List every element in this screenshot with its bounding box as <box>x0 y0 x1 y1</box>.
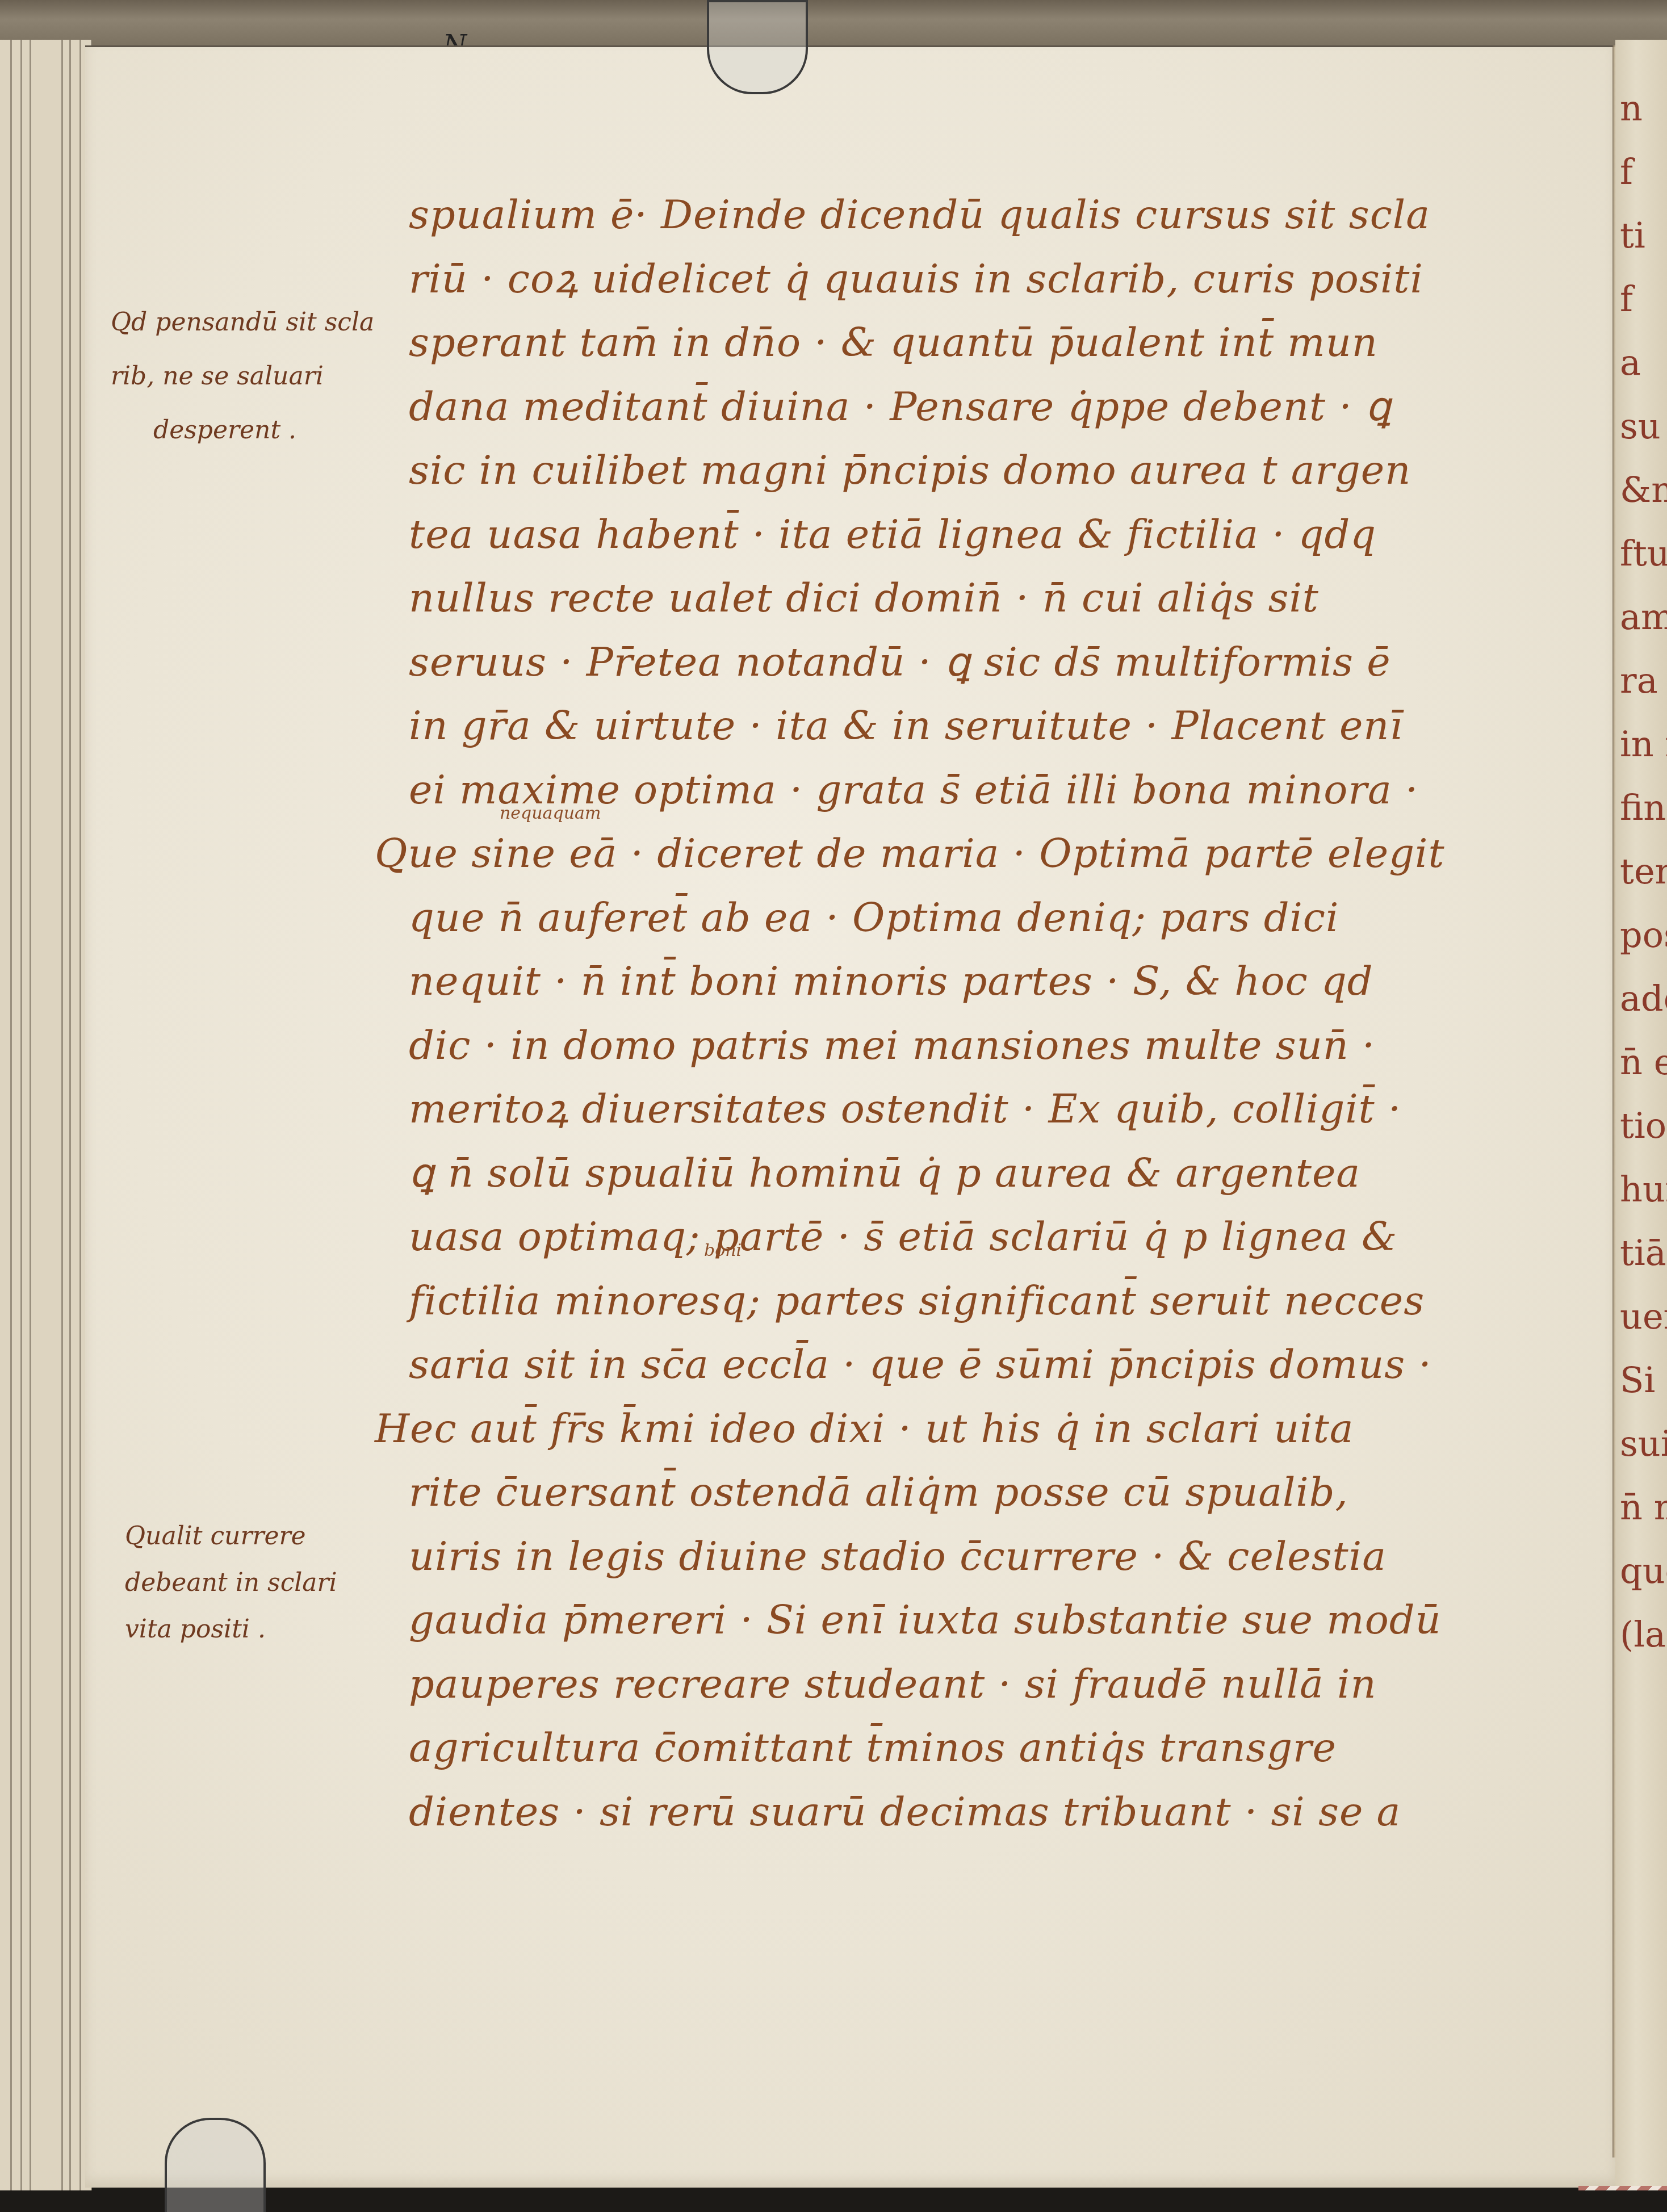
text-line: ꝗ n̄ solū spualiū hominū q̇ p aurea & ar… <box>409 1141 1522 1205</box>
adjacent-page-line-fragment: su <box>1620 409 1661 444</box>
text-line: meritoꝝ diuersitates ostendit · Ex quib,… <box>409 1077 1522 1141</box>
adjacent-page-line-fragment: ra t <box>1620 663 1667 698</box>
adjacent-page-line-fragment: hum <box>1620 1172 1667 1207</box>
gloss-line: Qualit currere <box>125 1513 337 1560</box>
text-line: dientes · si rerū suarū decimas tribuant… <box>409 1780 1522 1844</box>
adjacent-page-line-fragment: tene <box>1620 854 1667 889</box>
text-line: saria sit in sc̄a eccl̄a · que ē sūmi p̄… <box>409 1333 1522 1397</box>
text-line: rite c̄uersant̄ ostendā aliq̇m posse cū … <box>409 1460 1522 1524</box>
text-line: dic · in domo patris mei mansiones multe… <box>409 1013 1522 1078</box>
text-line: dana meditant̄ diuina · Pensare q̇ppe de… <box>409 375 1522 439</box>
gloss-line: rib, ne se saluari <box>111 349 374 403</box>
gloss-line: Qd pensandū sit scla <box>111 295 374 349</box>
adjacent-page-line-fragment: quo <box>1620 1553 1667 1589</box>
gloss-line: vita positi . <box>125 1606 337 1653</box>
interlinear-gloss: boni <box>704 1241 742 1260</box>
page-edge-line <box>30 40 31 2192</box>
page-edge-line <box>20 40 22 2192</box>
text-line: sperant tam̄ in dn̄o · & quantū p̄ualent… <box>409 311 1522 375</box>
main-text-block: spualium ē· Deinde dicendū qualis cursus… <box>409 183 1522 1844</box>
margin-gloss-2: Qualit currere debeant in sclari vita po… <box>125 1513 337 1653</box>
adjacent-page-line-fragment: suis <box>1620 1426 1667 1461</box>
text-line: nullus recte ualet dici domin̄ · n̄ cui … <box>409 566 1522 630</box>
adjacent-page-line-fragment: possi <box>1620 918 1667 953</box>
gloss-line: desperent . <box>111 403 374 457</box>
text-line: seruus · Pr̄etea notandū · ꝗ sic ds̄ mul… <box>409 630 1522 694</box>
margin-gloss-1: Qd pensandū sit scla rib, ne se saluari … <box>111 295 374 457</box>
adjacent-page-line-fragment: in r <box>1620 727 1667 762</box>
adjacent-page-line-fragment: n̄ ex <box>1620 1045 1667 1080</box>
binding-top-edge <box>0 0 1667 48</box>
text-line: sic in cuilibet magni p̄ncipis domo aure… <box>409 438 1522 502</box>
adjacent-page-line-fragment: n̄ m <box>1620 1490 1667 1525</box>
book-clip-top <box>707 0 808 94</box>
text-line: nequit · n̄ int̄ boni minoris partes · S… <box>409 949 1522 1013</box>
text-line: Que sine eā · diceret de maria · Optimā … <box>375 822 1522 886</box>
adjacent-page-line-fragment: f <box>1620 282 1633 317</box>
text-line: que n̄ auferet̄ ab ea · Optima deniq; pa… <box>409 886 1522 950</box>
text-line: uiris in legis diuine stadio c̄currere ·… <box>409 1524 1522 1589</box>
text-line: Hec aut̄ fr̄s k̄mi ideo dixi · ut his q̇… <box>375 1397 1522 1461</box>
text-line: tea uasa habent̄ · ita etiā lignea & fic… <box>409 502 1522 567</box>
adjacent-page-line-fragment: &n <box>1620 472 1667 508</box>
text-line: agricultura c̄omittant t̄minos antiq̇s t… <box>409 1716 1522 1780</box>
text-line: uasa optimaq; partē · s̄ etiā sclariū q̇… <box>409 1205 1522 1269</box>
book-clip-bottom <box>165 2118 266 2212</box>
adjacent-page-line-fragment: add <box>1620 981 1667 1016</box>
text-line: fictilia minoresq; partes significant̄ s… <box>409 1269 1522 1333</box>
adjacent-page-line-fragment: am <box>1620 600 1667 635</box>
page-edge-line <box>79 40 81 2192</box>
adjacent-page-line-fragment: fince <box>1620 790 1667 826</box>
adjacent-page-strip: nftifasu&nftuamra tin rfincetenepossiadd… <box>1615 40 1667 2192</box>
gloss-line: debeant in sclari <box>125 1560 337 1606</box>
page-edge-line <box>10 40 12 2192</box>
adjacent-page-line-fragment: tion <box>1620 1108 1667 1143</box>
adjacent-page-line-fragment: a <box>1620 345 1641 380</box>
adjacent-page-line-fragment: f <box>1620 154 1633 190</box>
adjacent-page-line-fragment: (la <box>1620 1617 1666 1652</box>
page-edge-line <box>61 40 63 2192</box>
adjacent-page-line-fragment: ueni <box>1620 1299 1667 1334</box>
adjacent-page-line-fragment: tiā a <box>1620 1235 1667 1271</box>
adjacent-page-line-fragment: n <box>1620 91 1643 126</box>
text-line: in gr̄a & uirtute · ita & in seruitute ·… <box>409 694 1522 758</box>
interlinear-gloss: nequaquam <box>500 803 601 823</box>
text-line: gaudia p̄mereri · Si enī iuxta substanti… <box>409 1588 1522 1652</box>
page-edge-line <box>69 40 71 2192</box>
text-line: pauperes recreare studeant · si fraudē n… <box>409 1652 1522 1716</box>
text-line: riū · coꝝ uidelicet q̇ quauis in sclarib… <box>409 247 1522 311</box>
adjacent-page-line-fragment: Si in <box>1620 1363 1667 1398</box>
text-line: spualium ē· Deinde dicendū qualis cursus… <box>409 183 1522 247</box>
adjacent-page-line-fragment: ti <box>1620 218 1645 253</box>
adjacent-page-line-fragment: ftu <box>1620 536 1667 571</box>
left-page-stack <box>0 40 92 2192</box>
